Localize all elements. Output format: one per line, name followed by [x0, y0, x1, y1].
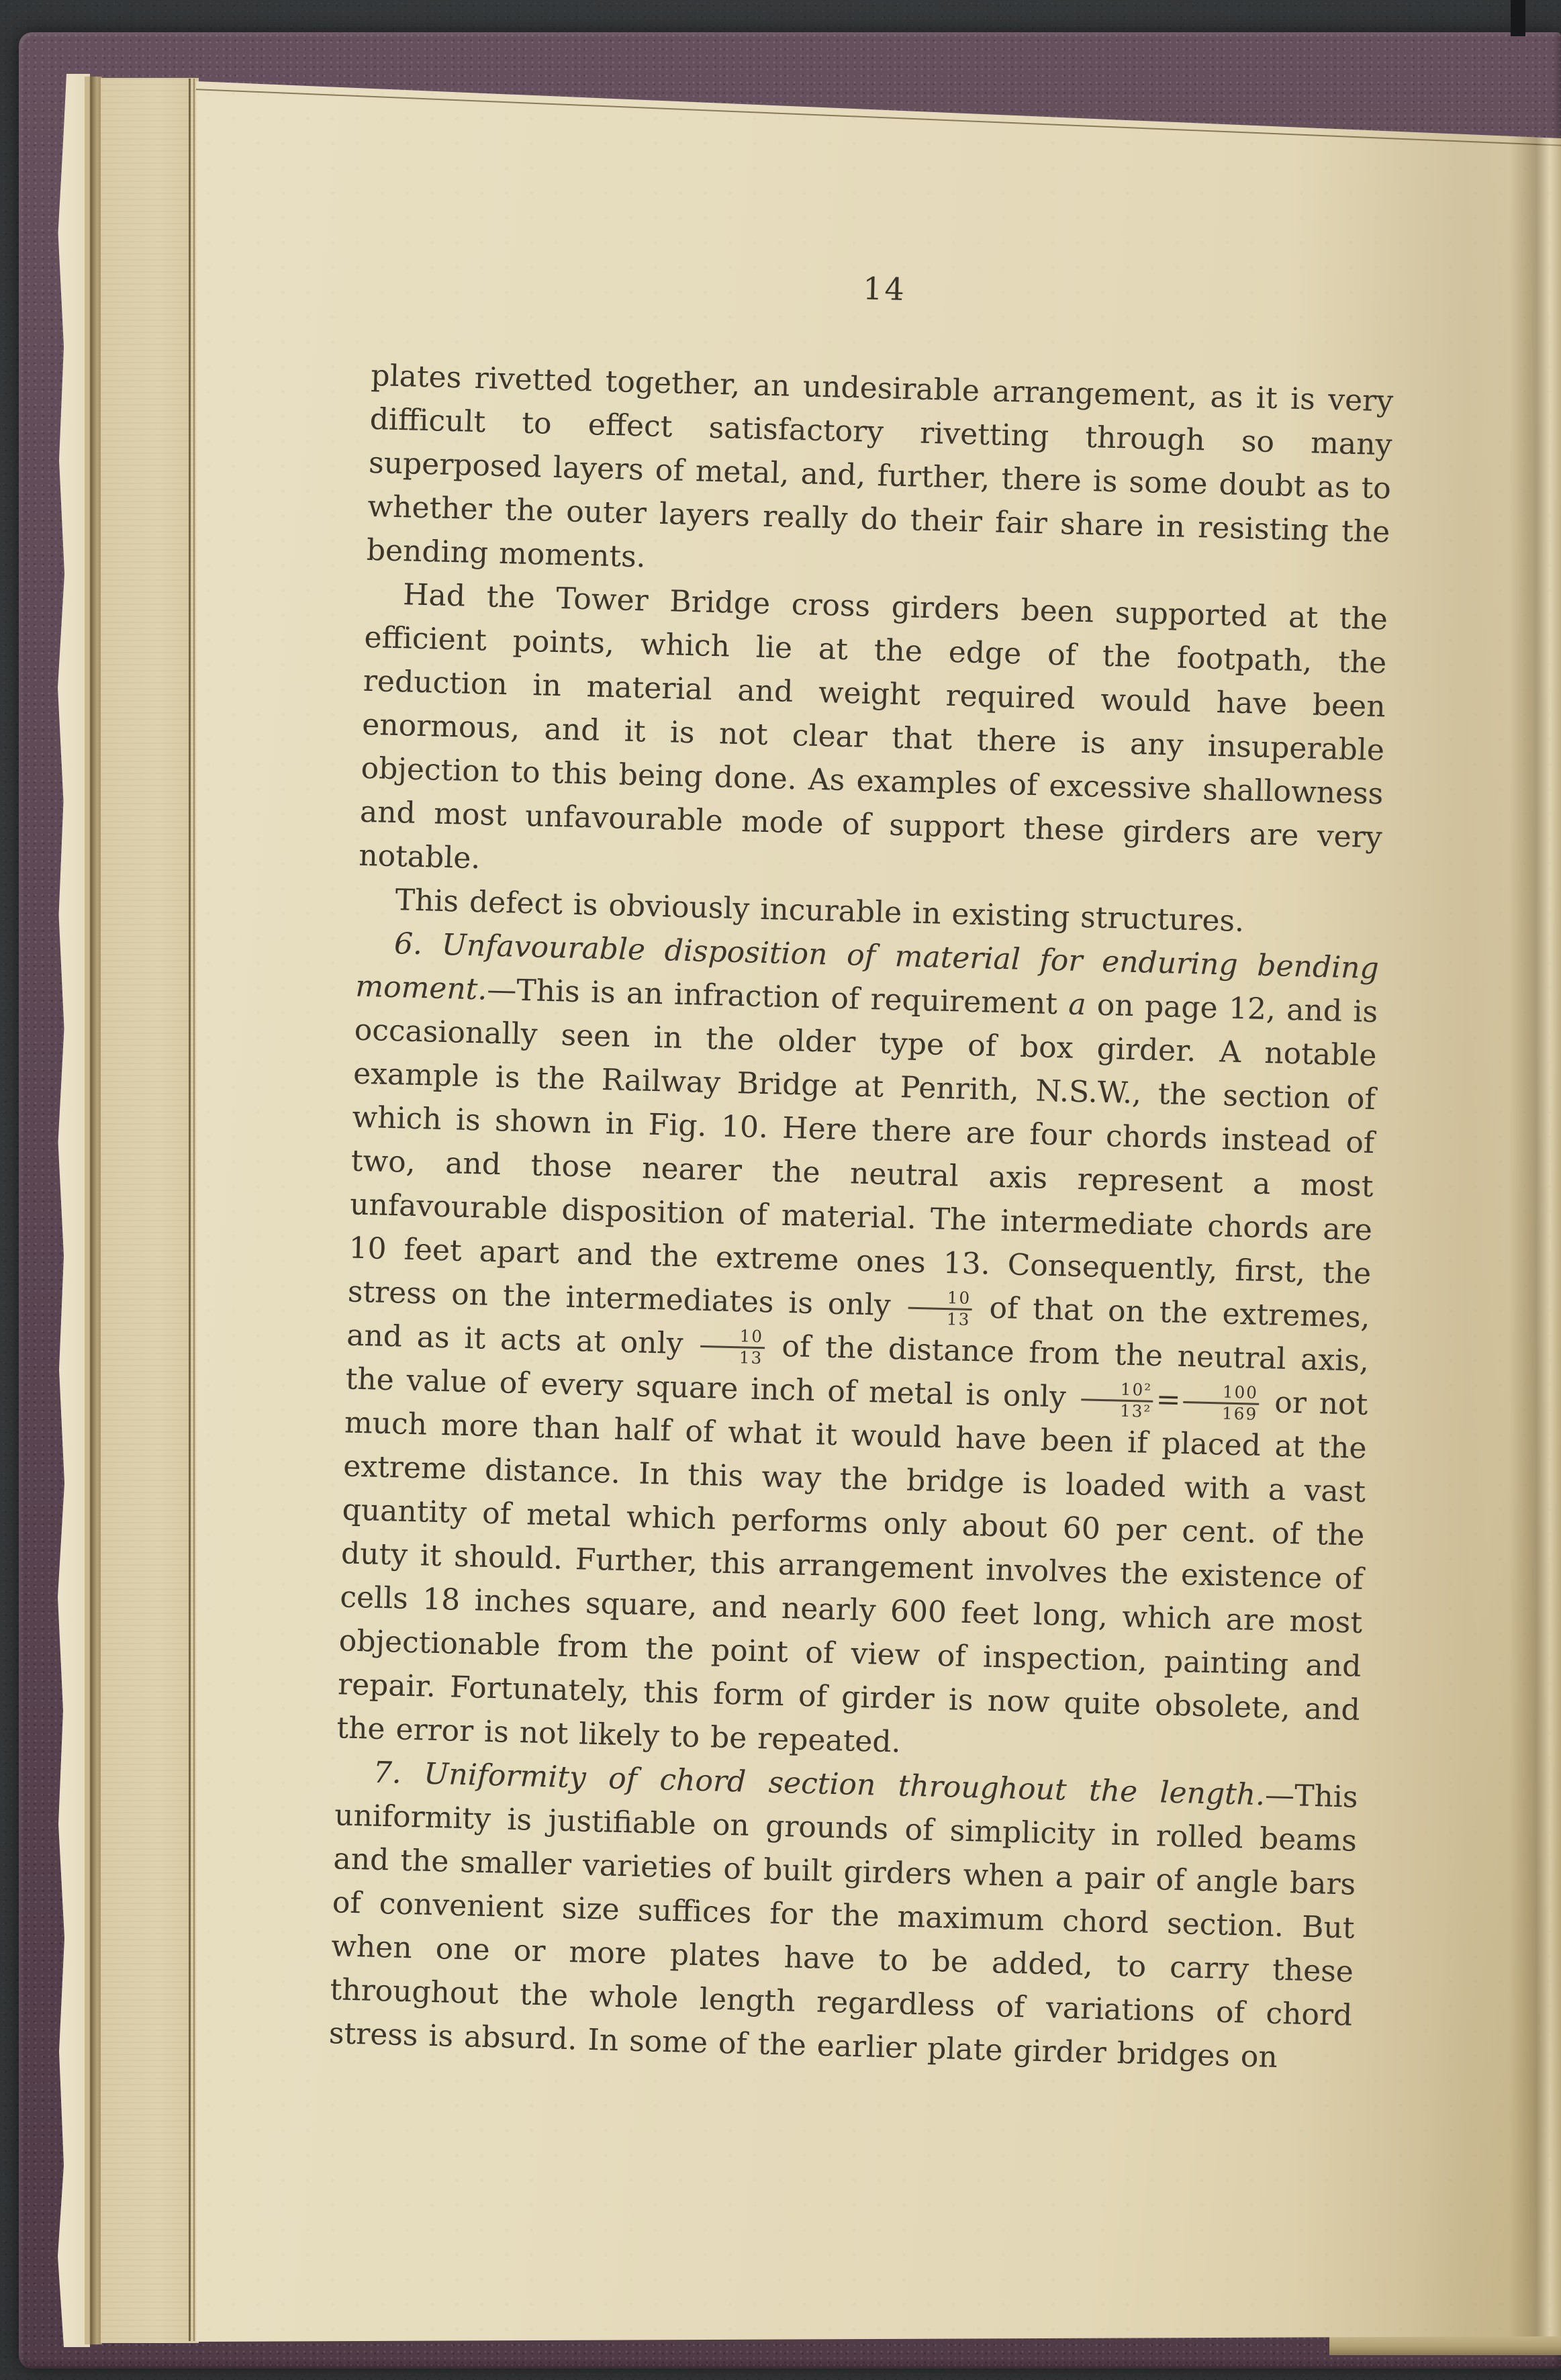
fraction-numerator: 10 [700, 1327, 765, 1349]
text-block: 14 plates rivetted together, an undesira… [328, 257, 1396, 2081]
text-segment: Had the Tower Bridge cross girders been … [359, 577, 1388, 875]
page-edge-line [193, 79, 195, 2341]
text-segment: or not much more than half of what it wo… [336, 1385, 1368, 1760]
text-segment: a [1068, 988, 1087, 1022]
book-page: 14 plates rivetted together, an undesira… [196, 81, 1561, 2350]
fraction-numerator: 10 [908, 1288, 972, 1311]
paragraph: 7. Uniformity of chord section throughou… [328, 1750, 1358, 2081]
text-segment: —This uniformity is justifiable on groun… [328, 1778, 1358, 2075]
paragraph: Had the Tower Bridge cross girders been … [359, 572, 1388, 903]
fraction: 1013 [908, 1288, 973, 1329]
page-edge-underpage [101, 78, 199, 2343]
paragraph-list: plates rivetted together, an undesirable… [328, 354, 1394, 2081]
fraction-denominator: 13² [1081, 1400, 1153, 1421]
page-edge-tan-strip [85, 77, 102, 2344]
fraction-denominator: 13 [908, 1308, 972, 1329]
text-segment: on page 12, and is occasionally seen in … [347, 988, 1378, 1323]
text-segment: = [1155, 1382, 1181, 1417]
fraction-denominator: 13 [700, 1347, 765, 1368]
page-edge-line [189, 79, 191, 2341]
text-segment: plates rivetted together, an undesirable… [366, 359, 1393, 574]
fraction: 10²13² [1081, 1380, 1154, 1421]
fraction-denominator: 169 [1183, 1403, 1260, 1423]
fraction: 100169 [1183, 1382, 1260, 1423]
fraction: 1013 [700, 1327, 765, 1368]
paragraph: 6. Unfavourable disposition of material … [336, 921, 1380, 1776]
paragraph: plates rivetted together, an undesirable… [366, 354, 1394, 598]
fraction-numerator: 10² [1081, 1380, 1153, 1402]
text-segment: —This is an infraction of requirement [487, 973, 1069, 1022]
cover-bookmark-notch [1511, 0, 1525, 36]
fraction-numerator: 100 [1183, 1382, 1260, 1405]
